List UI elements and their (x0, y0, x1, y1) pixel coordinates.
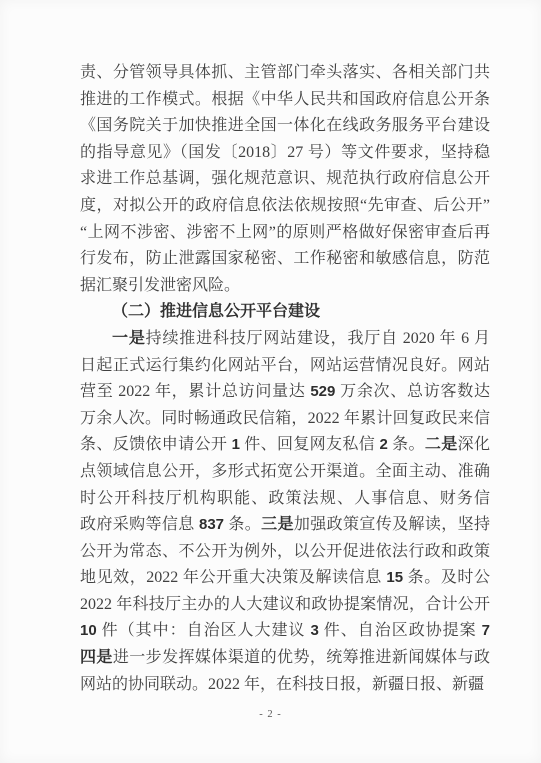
text-run: 度，对拟公开的政府信息依法依规按照“先审查、后公开” (80, 197, 490, 214)
text-line: 《国务院关于加快推进全国一体化在线政务服务平台建设 (80, 113, 490, 140)
statistic-number: 2 (379, 436, 387, 453)
text-line: 点领域信息公开，多形式拓宽公开渠道。全面主动、准确及 (80, 459, 490, 486)
text-run: 公开为常态、不公开为例外，以公开促进依法行政和政策落 (80, 543, 490, 566)
text-line: 2022 年科技厅主办的人大建议和政协提案情况，合计公开 (80, 592, 490, 619)
statistic-number: 15 (386, 569, 403, 586)
text-run: 网站的协同联动。2022 年，在科技日报，新疆日报、新疆广 (80, 676, 484, 699)
text-line: 10 件（其中：自治区人大建议 3 件、自治区政协提案 7 件）。 (80, 618, 490, 645)
statistic-number: 3 (310, 622, 318, 639)
text-line: 网站的协同联动。2022 年，在科技日报，新疆日报、新疆广 (80, 672, 490, 699)
statistic-number: 837 (199, 516, 224, 533)
statistic-number: 529 (310, 383, 335, 400)
text-run: 时公开科技厅机构职能、政策法规、人事信息、财务信息、 (80, 490, 490, 513)
text-run: 政府采购等信息 (80, 516, 199, 533)
text-line: 一是持续推进科技厅网站建设，我厅自 2020 年 6 月 11 (80, 326, 490, 353)
text-run: 求进工作总基调，强化规范意识、规范执行政府信息公开制 (80, 170, 490, 193)
text-line: 地见效，2022 年公开重大决策及解读信息 15 条。及时公开 (80, 565, 490, 592)
text-run: 2022 年科技厅主办的人大建议和政协提案情况，合计公开 (80, 596, 490, 613)
text-run: 进一步发挥媒体渠道的优势，统筹推进新闻媒体与政府 (80, 649, 490, 672)
section-heading: （二）推进信息公开平台建设 (80, 299, 490, 326)
text-run: 条、反馈依申请公开 (80, 436, 232, 453)
text-run: 营至 2022 年，累计总访问量达 (80, 383, 310, 400)
bold-lead-in: 二是 (425, 436, 458, 453)
statistic-number: 10 (80, 622, 97, 639)
text-run: 《国务院关于加快推进全国一体化在线政务服务平台建设 (80, 117, 490, 134)
text-run: 推进的工作模式。根据《中华人民共和国政府信息公开条例》 (80, 91, 490, 114)
bold-lead-in: 三是 (261, 516, 294, 533)
text-run: 点领域信息公开，多形式拓宽公开渠道。全面主动、准确及 (80, 463, 490, 486)
text-line: 政府采购等信息 837 条。三是加强政策宣传及解读，坚持以 (80, 512, 490, 539)
document-lines: 责、分管领导具体抓、主管部门牵头落实、各相关部门共同推进的工作模式。根据《中华人… (80, 60, 490, 698)
bold-lead-in: 一是 (112, 330, 146, 347)
text-line: 四是进一步发挥媒体渠道的优势，统筹推进新闻媒体与政府 (80, 645, 490, 672)
bold-lead-in: 四是 (80, 649, 113, 666)
text-line: 日起正式运行集约化网站平台，网站运营情况良好。网站运 (80, 353, 490, 380)
statistic-number: 7 (482, 622, 490, 639)
text-run: 行发布，防止泄露国家秘密、工作秘密和敏感信息，防范数 (80, 250, 490, 273)
text-line: 行发布，防止泄露国家秘密、工作秘密和敏感信息，防范数 (80, 246, 490, 273)
text-run: 的指导意见》（国发〔2018〕27 号）等文件要求，坚持稳中 (80, 144, 490, 167)
text-line: 推进的工作模式。根据《中华人民共和国政府信息公开条例》 (80, 87, 490, 114)
text-line: 条、反馈依申请公开 1 件、回复网友私信 2 条。二是深化重 (80, 432, 490, 459)
text-line: “上网不涉密、涉密不上网”的原则严格做好保密审查后再 (80, 220, 490, 247)
text-line: 求进工作总基调，强化规范意识、规范执行政府信息公开制 (80, 166, 490, 193)
text-run: 件、回复网友私信 (240, 436, 380, 453)
text-run: 责、分管领导具体抓、主管部门牵头落实、各相关部门共同 (80, 64, 490, 87)
text-line: 时公开科技厅机构职能、政策法规、人事信息、财务信息、 (80, 486, 490, 513)
text-run: 万余人次。同时畅通政民信箱，2022 年累计回复政民来信 (80, 410, 490, 427)
text-run: 日起正式运行集约化网站平台，网站运营情况良好。网站运 (80, 357, 490, 380)
text-line: 责、分管领导具体抓、主管部门牵头落实、各相关部门共同 (80, 60, 490, 87)
text-line: 万余人次。同时畅通政民信箱，2022 年累计回复政民来信 7 (80, 406, 490, 433)
document-page: 责、分管领导具体抓、主管部门牵头落实、各相关部门共同推进的工作模式。根据《中华人… (0, 0, 541, 763)
text-line: 的指导意见》（国发〔2018〕27 号）等文件要求，坚持稳中 (80, 140, 490, 167)
text-run: “上网不涉密、涉密不上网”的原则严格做好保密审查后再 (80, 224, 490, 241)
text-line: 公开为常态、不公开为例外，以公开促进依法行政和政策落 (80, 539, 490, 566)
text-run: （二）推进信息公开平台建设 (112, 303, 320, 320)
text-run: 据汇聚引发泄密风险。 (80, 277, 240, 294)
text-run: 地见效，2022 年公开重大决策及解读信息 (80, 569, 386, 586)
text-line: 度，对拟公开的政府信息依法依规按照“先审查、后公开” (80, 193, 490, 220)
text-run: 条。 (224, 516, 261, 533)
text-run: 件、自治区政协提案 (319, 622, 482, 639)
statistic-number: 1 (232, 436, 240, 453)
text-run: 万余次、总访客数达 (335, 383, 490, 400)
page-number: - 2 - (0, 709, 541, 720)
text-line: 营至 2022 年，累计总访问量达 529 万余次、总访客数达 145 (80, 379, 490, 406)
text-line: 据汇聚引发泄密风险。 (80, 273, 490, 300)
text-run: 条。 (388, 436, 425, 453)
text-run: 件（其中：自治区人大建议 (97, 622, 311, 639)
